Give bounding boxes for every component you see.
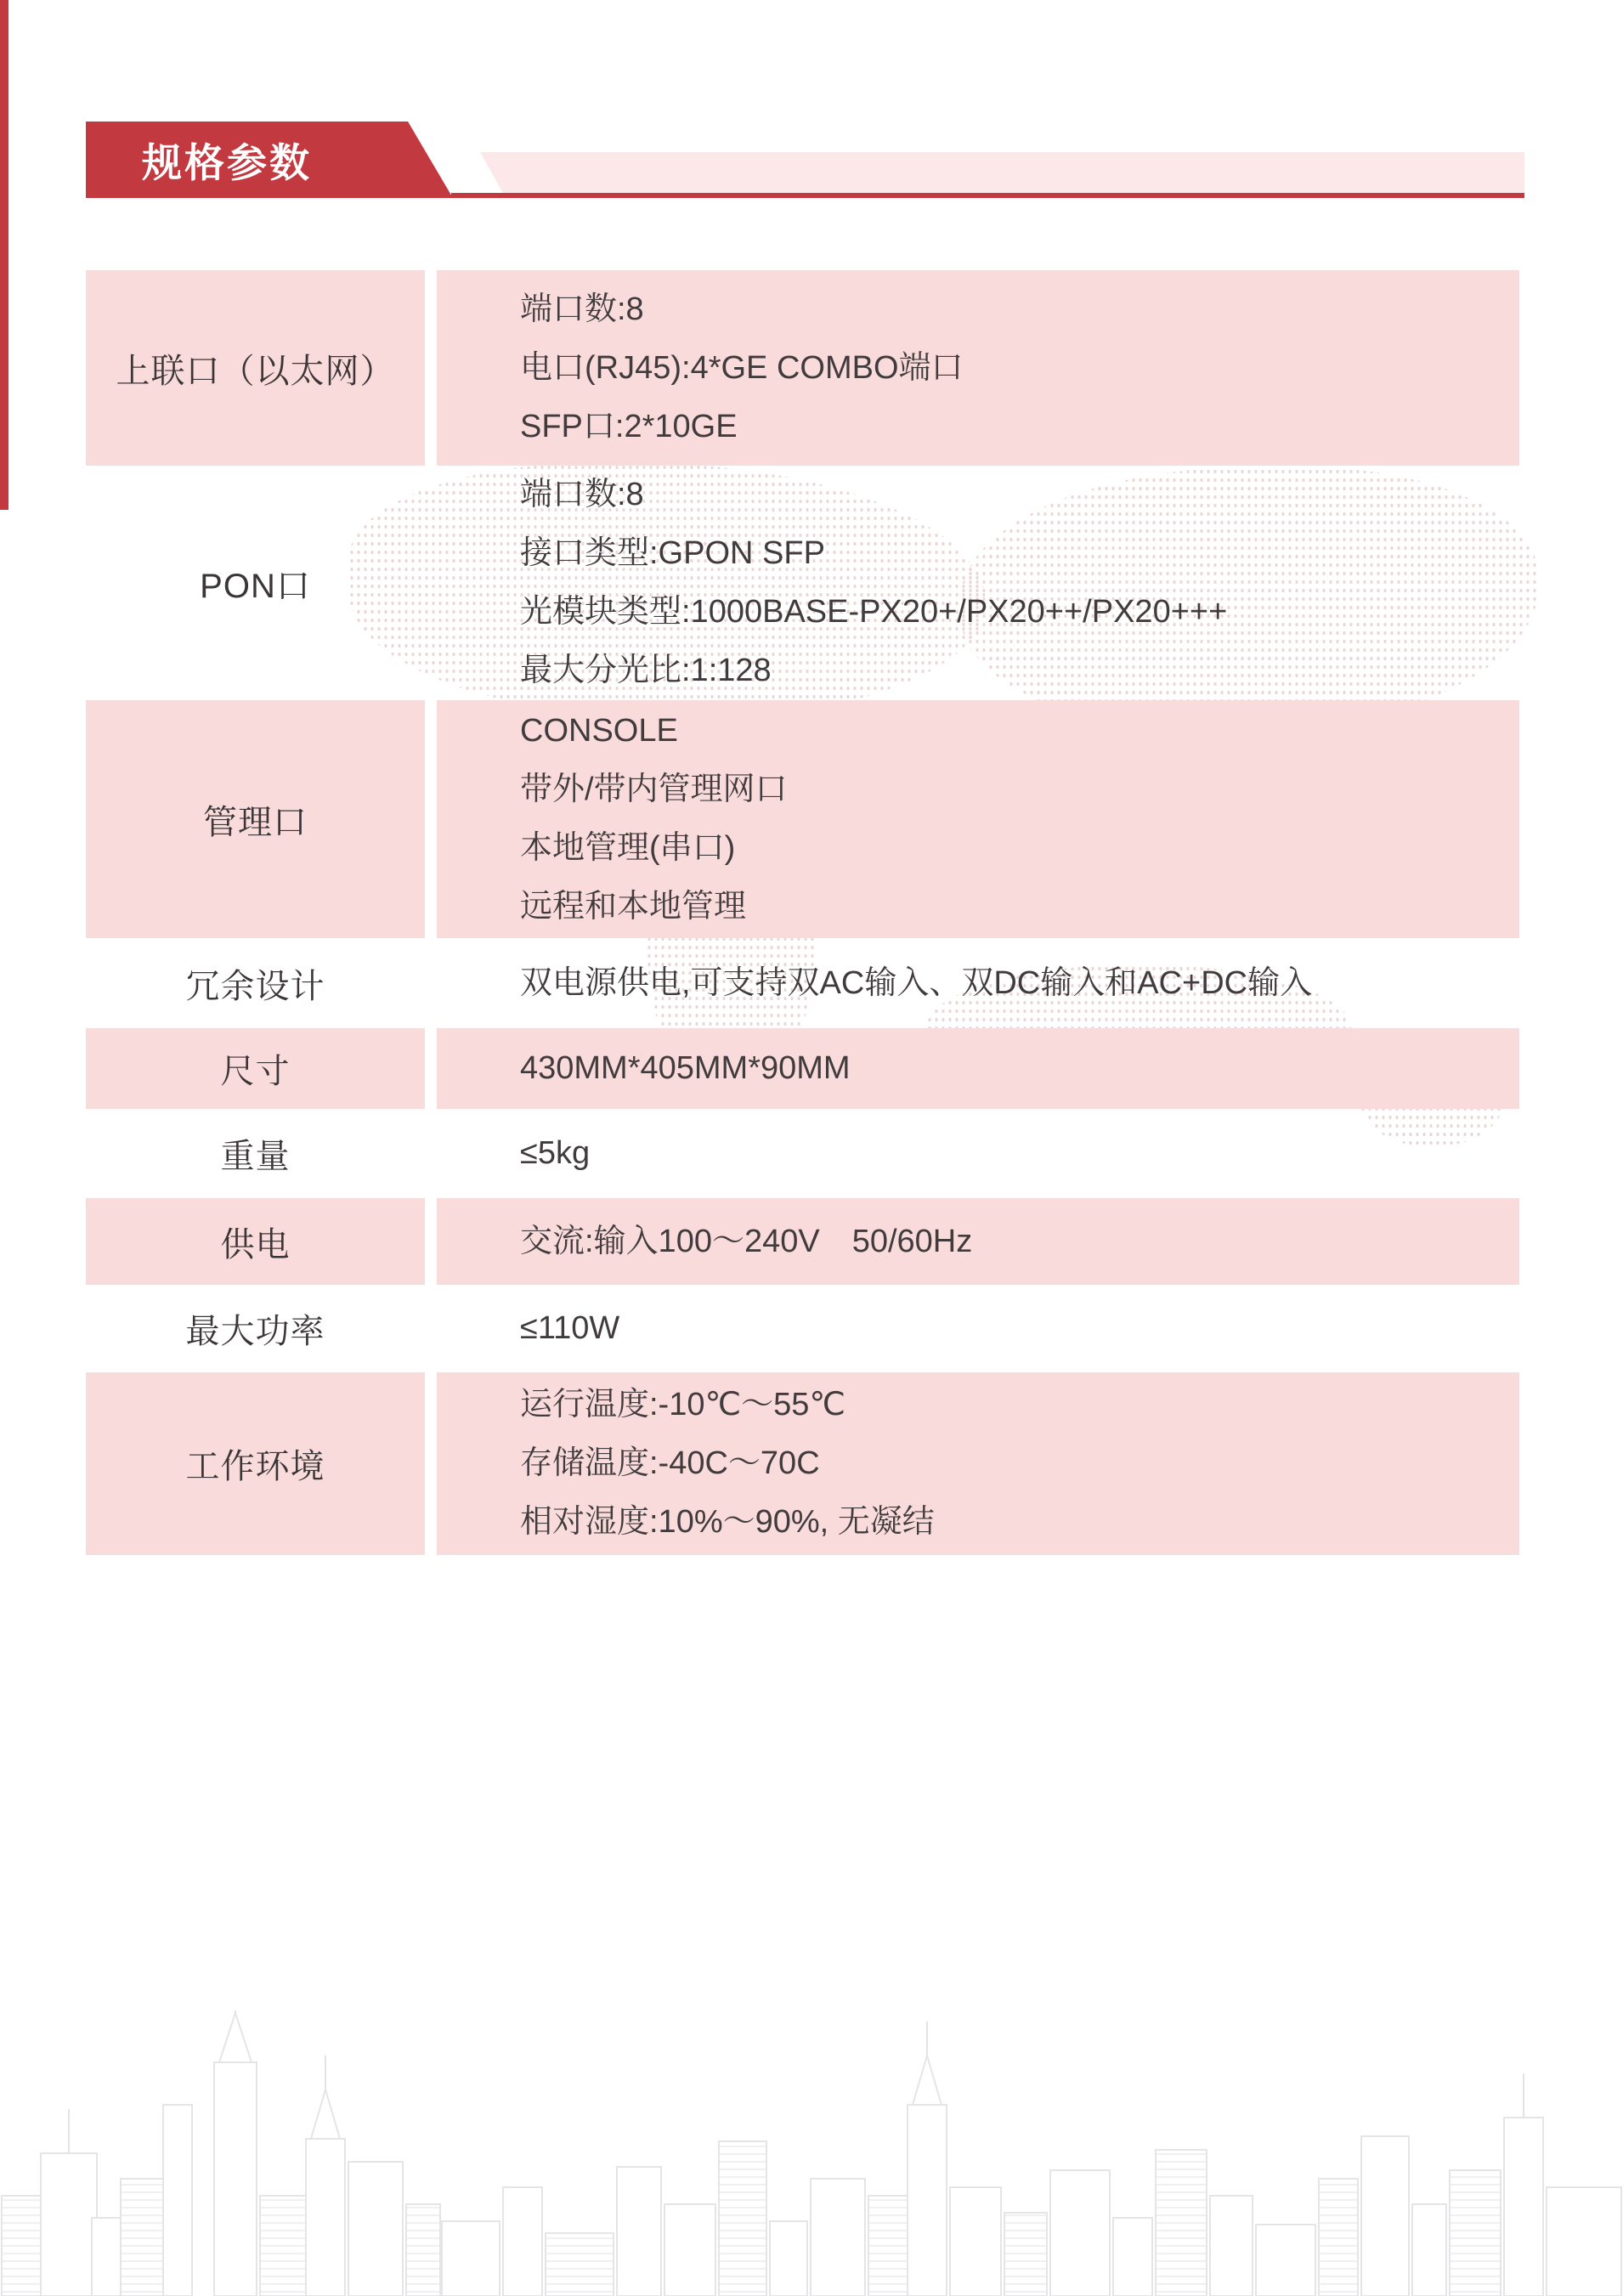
row-value-line: 光模块类型:1000BASE-PX20+/PX20++/PX20+++ <box>520 583 1519 642</box>
row-label: 上联口（以太网） <box>86 270 425 466</box>
column-divider <box>425 700 437 938</box>
row-value-line: SFP口:2*10GE <box>520 398 1519 456</box>
row-value: 端口数:8接口类型:GPON SFP光模块类型:1000BASE-PX20+/P… <box>437 466 1519 700</box>
row-label: 工作环境 <box>86 1372 425 1555</box>
row-label: 供电 <box>86 1198 425 1285</box>
page-edge-accent <box>0 0 8 510</box>
table-row: 管理口CONSOLE带外/带内管理网口本地管理(串口)远程和本地管理 <box>86 700 1519 938</box>
row-value: 430MM*405MM*90MM <box>437 1028 1519 1109</box>
row-value-line: ≤5kg <box>520 1124 1519 1183</box>
column-divider <box>425 938 437 1028</box>
row-label: 重量 <box>86 1109 425 1198</box>
row-value-line: 电口(RJ45):4*GE COMBO端口 <box>520 339 1519 398</box>
table-row: PON口端口数:8接口类型:GPON SFP光模块类型:1000BASE-PX2… <box>86 466 1519 700</box>
row-value-line: 交流:输入100～240V 50/60Hz <box>520 1213 1519 1271</box>
banner-underline <box>451 193 1524 198</box>
table-row: 工作环境运行温度:-10℃～55℃存储温度:-40C～70C相对湿度:10%～9… <box>86 1372 1519 1555</box>
row-value-line: 带外/带内管理网口 <box>520 761 1519 819</box>
column-divider <box>425 466 437 700</box>
row-label: 最大功率 <box>86 1285 425 1372</box>
row-value: 运行温度:-10℃～55℃存储温度:-40C～70C相对湿度:10%～90%, … <box>437 1372 1519 1555</box>
row-value: 双电源供电,可支持双AC输入、双DC输入和AC+DC输入 <box>437 938 1519 1028</box>
row-value-line: 运行温度:-10℃～55℃ <box>520 1376 1519 1434</box>
row-value-line: 远程和本地管理 <box>520 878 1519 936</box>
row-value: ≤5kg <box>437 1109 1519 1198</box>
row-value: ≤110W <box>437 1285 1519 1372</box>
row-value-line: 最大分光比:1:128 <box>520 642 1519 700</box>
city-skyline-watermark <box>0 2010 1623 2296</box>
row-value-line: 430MM*405MM*90MM <box>520 1039 1519 1098</box>
column-divider <box>425 270 437 466</box>
section-title: 规格参数 <box>86 132 312 189</box>
column-divider <box>425 1198 437 1285</box>
table-row: 上联口（以太网）端口数:8电口(RJ45):4*GE COMBO端口SFP口:2… <box>86 270 1519 466</box>
row-value-line: 接口类型:GPON SFP <box>520 524 1519 583</box>
spec-sheet-page: 规格参数 上联口（以太网）端口数:8电口(RJ45):4*GE COMBO端口S… <box>0 0 1623 2296</box>
row-label: 管理口 <box>86 700 425 938</box>
row-value-line: 端口数:8 <box>520 466 1519 524</box>
row-value-line: 存储温度:-40C～70C <box>520 1434 1519 1493</box>
row-value: CONSOLE带外/带内管理网口本地管理(串口)远程和本地管理 <box>437 700 1519 938</box>
row-value-line: 本地管理(串口) <box>520 819 1519 878</box>
row-value-line: ≤110W <box>520 1299 1519 1358</box>
column-divider <box>425 1109 437 1198</box>
table-row: 最大功率≤110W <box>86 1285 1519 1372</box>
row-label: 冗余设计 <box>86 938 425 1028</box>
spec-table: 上联口（以太网）端口数:8电口(RJ45):4*GE COMBO端口SFP口:2… <box>86 270 1519 1555</box>
column-divider <box>425 1028 437 1109</box>
row-value: 交流:输入100～240V 50/60Hz <box>437 1198 1519 1285</box>
section-header-banner: 规格参数 <box>86 122 453 198</box>
column-divider <box>425 1285 437 1372</box>
row-value-line: CONSOLE <box>520 702 1519 761</box>
table-row: 供电交流:输入100～240V 50/60Hz <box>86 1198 1519 1285</box>
row-label: 尺寸 <box>86 1028 425 1109</box>
row-value-line: 双电源供电,可支持双AC输入、双DC输入和AC+DC输入 <box>520 954 1519 1013</box>
column-divider <box>425 1372 437 1555</box>
row-value-line: 端口数:8 <box>520 280 1519 339</box>
row-label: PON口 <box>86 466 425 700</box>
row-value: 端口数:8电口(RJ45):4*GE COMBO端口SFP口:2*10GE <box>437 270 1519 466</box>
banner-pink-ribbon <box>480 152 1524 193</box>
row-value-line: 相对湿度:10%～90%, 无凝结 <box>520 1493 1519 1552</box>
table-row: 重量≤5kg <box>86 1109 1519 1198</box>
table-row: 冗余设计双电源供电,可支持双AC输入、双DC输入和AC+DC输入 <box>86 938 1519 1028</box>
table-row: 尺寸430MM*405MM*90MM <box>86 1028 1519 1109</box>
